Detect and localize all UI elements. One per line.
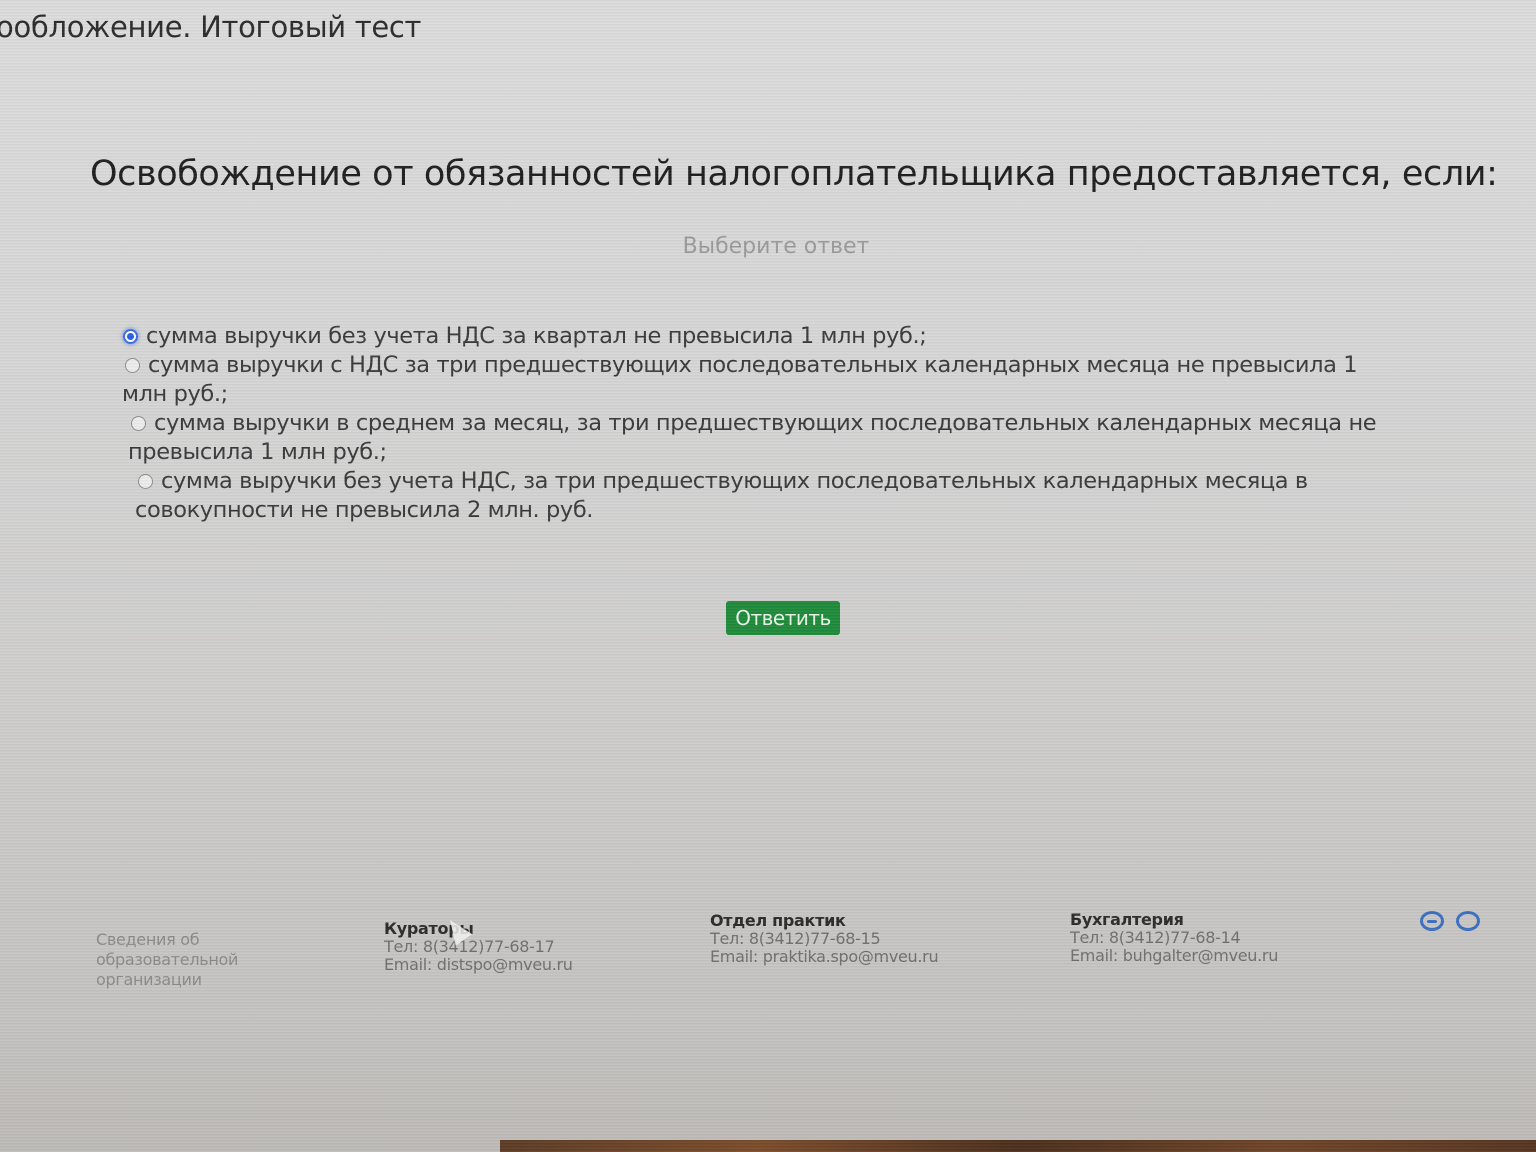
answer-hint: Выберите ответ xyxy=(0,234,1536,259)
answer-label: сумма выручки без учета НДС, за три пред… xyxy=(135,468,1308,523)
answer-option[interactable]: сумма выручки с НДС за три предшествующи… xyxy=(120,351,1390,409)
answer-option[interactable]: сумма выручки без учета НДС, за три пред… xyxy=(120,467,1390,525)
social-links xyxy=(1420,911,1480,931)
practice-title: Отдел практик xyxy=(710,912,938,930)
curators-title: Кураторы xyxy=(384,920,573,938)
accounting-phone: Тел: 8(3412)77-68-14 xyxy=(1070,929,1278,947)
accounting-email[interactable]: Email: buhgalter@mveu.ru xyxy=(1070,947,1278,965)
org-info-link[interactable]: Сведения об образовательной организации xyxy=(96,930,238,989)
answer-option[interactable]: сумма выручки в среднем за месяц, за три… xyxy=(120,409,1390,467)
practice-phone: Тел: 8(3412)77-68-15 xyxy=(710,930,938,948)
curators-email[interactable]: Email: distspo@mveu.ru xyxy=(384,956,573,974)
footer-practice: Отдел практик Тел: 8(3412)77-68-15 Email… xyxy=(710,912,938,966)
ok-icon[interactable] xyxy=(1456,911,1480,931)
practice-email[interactable]: Email: praktika.spo@mveu.ru xyxy=(710,948,938,966)
submit-answer-button[interactable]: Ответить xyxy=(726,601,840,635)
page-title: ообложение. Итоговый тест xyxy=(0,10,421,44)
radio-button[interactable] xyxy=(131,416,146,431)
radio-button[interactable] xyxy=(125,358,140,373)
answer-option[interactable]: сумма выручки без учета НДС за квартал н… xyxy=(120,322,1390,351)
footer-org-info: Сведения об образовательной организации xyxy=(96,930,286,990)
question-text: Освобождение от обязанностей налогоплате… xyxy=(90,154,1450,194)
answer-options: сумма выручки без учета НДС за квартал н… xyxy=(120,322,1390,525)
footer-accounting: Бухгалтерия Тел: 8(3412)77-68-14 Email: … xyxy=(1070,911,1278,965)
desk-edge xyxy=(500,1140,1536,1152)
answer-label: сумма выручки в среднем за месяц, за три… xyxy=(128,410,1376,465)
answer-label: сумма выручки без учета НДС за квартал н… xyxy=(146,323,926,349)
accounting-title: Бухгалтерия xyxy=(1070,911,1278,929)
answer-label: сумма выручки с НДС за три предшествующи… xyxy=(122,352,1357,407)
radio-button[interactable] xyxy=(123,329,138,344)
radio-button[interactable] xyxy=(138,474,153,489)
footer-curators: Кураторы Тел: 8(3412)77-68-17 Email: dis… xyxy=(384,920,573,974)
curators-phone: Тел: 8(3412)77-68-17 xyxy=(384,938,573,956)
vk-icon[interactable] xyxy=(1420,911,1444,931)
